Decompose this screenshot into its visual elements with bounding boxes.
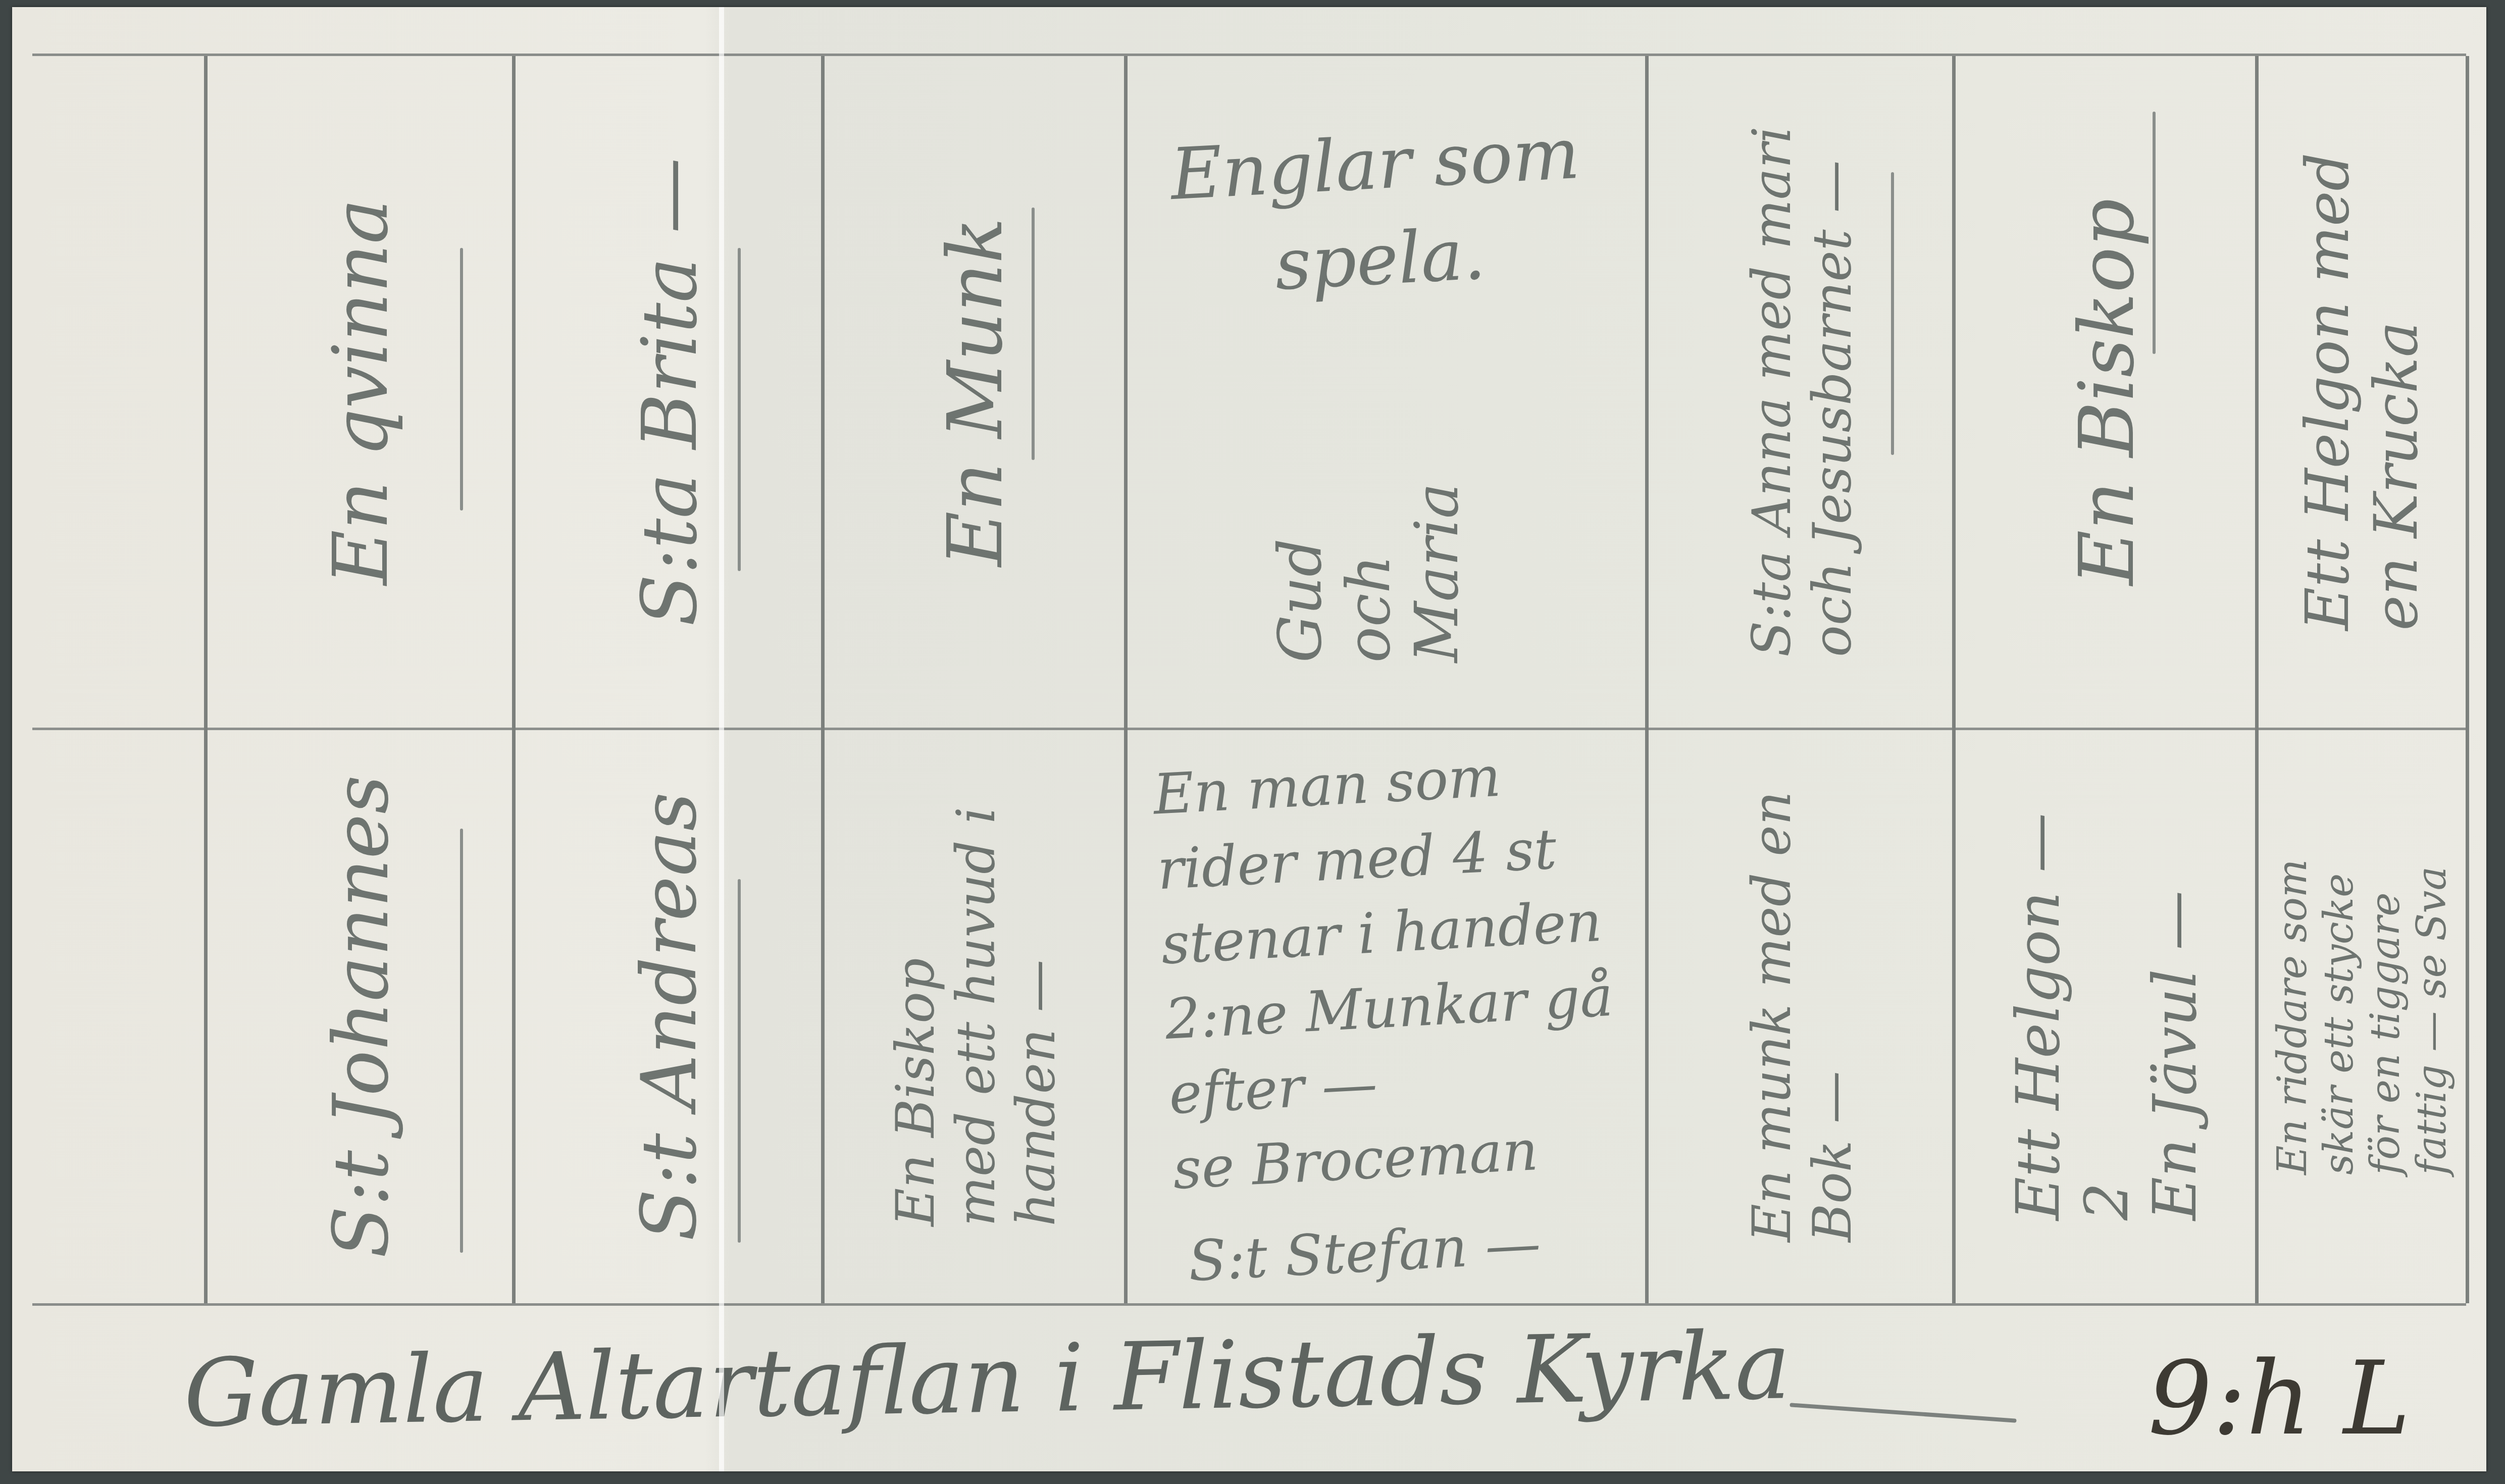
column-1: En qvinna S:t Johannes <box>204 56 516 1303</box>
column-3: En Munk En Biskop med ett huvud i handen… <box>821 56 1128 1303</box>
panel-bottom-6: Ett Helgon — 2 En Jävul — <box>1956 730 2259 1303</box>
panel-label: Ett Helgon — 2 En Jävul — <box>2004 813 2210 1220</box>
panel-secondary-label: Gud och Maria <box>1266 483 1471 663</box>
panel-top-6: En Biskop <box>1956 56 2259 728</box>
caption-flourish <box>1790 1403 2016 1422</box>
pencil-stroke <box>738 248 741 571</box>
column-7: Ett Helgon med en Krucka En riddare som … <box>2255 56 2469 1303</box>
pencil-stroke <box>460 248 463 510</box>
panel-bottom-5: En munk med en Bok — <box>1649 730 1956 1303</box>
panel-label: En Biskop med ett huvud i handen — <box>886 807 1067 1226</box>
column-6: En Biskop Ett Helgon — 2 En Jävul — <box>1952 56 2259 1303</box>
pencil-stroke <box>1032 208 1035 460</box>
panel-secondary-label: S:t Stefan — <box>1187 1206 1543 1299</box>
pencil-stroke <box>460 829 463 1253</box>
panel-bottom-1: S:t Johannes <box>208 730 516 1303</box>
panel-top-5: S:ta Anna med mari och Jesusbarnet — <box>1649 56 1956 728</box>
panel-label: Ett Helgon med en Krucka <box>2293 153 2430 631</box>
pencil-stroke <box>1891 172 1894 455</box>
panel-label: En munk med en Bok — <box>1742 791 1862 1242</box>
panel-bottom-4: En man som rider med 4 st stenar i hande… <box>1128 730 1649 1303</box>
panel-label: S:ta Anna med mari och Jesusbarnet — <box>1742 127 1862 657</box>
panel-bottom-7: En riddare som skär ett stycke för en ti… <box>2259 730 2466 1303</box>
column-4: Englar som spela. Gud och Maria En man s… <box>1124 56 1649 1303</box>
panel-top-7: Ett Helgon med en Krucka <box>2259 56 2466 728</box>
panel-label: Englar som spela. <box>1168 106 1587 318</box>
panel-label: En qvinna <box>318 198 405 585</box>
panel-top-2: S:ta Brita — <box>516 56 825 728</box>
panel-top-1: En qvinna <box>208 56 516 728</box>
panel-label: En riddare som skär ett stycke för en ti… <box>2269 859 2455 1174</box>
document-caption: Gamla Altartaflan i Flistads Kyrka <box>183 1311 1791 1448</box>
panel-label: En Munk <box>933 217 1020 566</box>
panel-label: S:ta Brita — <box>627 158 714 626</box>
ink-signature: 9:h L <box>2148 1340 2411 1458</box>
column-2: S:ta Brita — S:t Andreas <box>512 56 825 1303</box>
pencil-stroke <box>2153 112 2156 354</box>
panel-top-4: Englar som spela. Gud och Maria <box>1128 56 1649 728</box>
panel-label: En Biskop <box>2064 198 2151 585</box>
altarpiece-grid: En qvinna S:t Johannes S:ta Brita — S:t … <box>32 54 2466 1306</box>
panel-label: S:t Johannes <box>318 775 405 1258</box>
panel-top-3: En Munk <box>825 56 1128 728</box>
panel-label: En man som rider med 4 st stenar i hande… <box>1151 734 1622 1206</box>
pencil-stroke <box>738 879 741 1243</box>
panel-bottom-3: En Biskop med ett huvud i handen — <box>825 730 1128 1303</box>
document-sheet: En qvinna S:t Johannes S:ta Brita — S:t … <box>12 7 2486 1471</box>
panel-label: S:t Andreas <box>627 792 714 1241</box>
column-5: S:ta Anna med mari och Jesusbarnet — En … <box>1645 56 1956 1303</box>
panel-bottom-2: S:t Andreas <box>516 730 825 1303</box>
